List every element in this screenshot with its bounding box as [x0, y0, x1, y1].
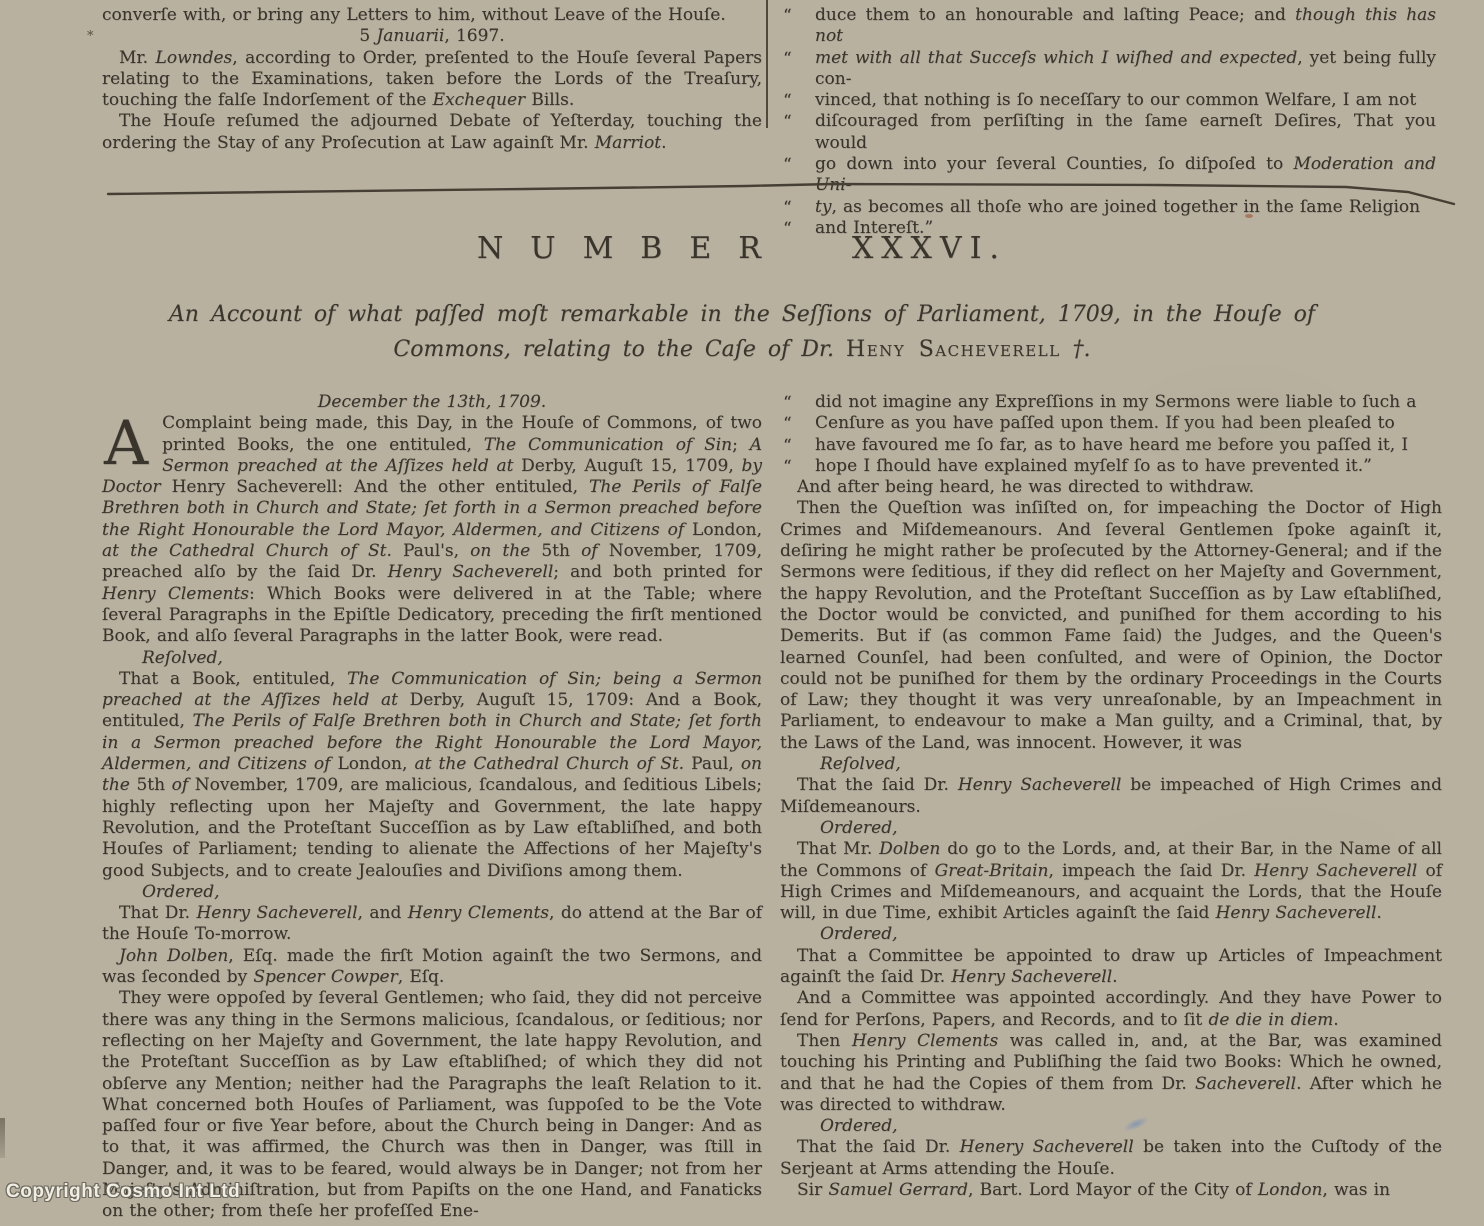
paragraph: That Mr. Dolben do go to the Lords, and,…: [780, 839, 1442, 924]
text-segment: Great-Britain: [935, 861, 1049, 881]
text-segment: Ordered,: [142, 882, 219, 902]
text-segment: .: [1333, 1010, 1338, 1030]
text-segment: Exchequer: [433, 90, 526, 110]
main-right-column: “did not imagine any Expreſſions in my S…: [780, 392, 1442, 1226]
procedural-label: Ordered,: [780, 1116, 1442, 1137]
text-segment: on the: [470, 541, 530, 561]
text-segment: Bills.: [525, 90, 574, 110]
printers-margin-mark: *: [87, 29, 94, 44]
text-segment: And after being heard, he was directed t…: [797, 477, 1254, 497]
quote-mark: “: [783, 112, 790, 133]
quote-mark: “: [783, 436, 790, 457]
procedural-label: Ordered,: [780, 818, 1442, 839]
text-segment: Dolben: [879, 839, 940, 859]
text-segment: Januarii: [376, 26, 444, 46]
text-segment: Then: [797, 1031, 852, 1051]
paragraph: Mr. Lowndes, according to Order, preſent…: [102, 48, 762, 112]
text-segment: That Dr.: [119, 903, 196, 923]
text-segment: .: [1112, 967, 1117, 987]
text-segment: 5th: [530, 541, 581, 561]
paragraph: Sir Samuel Gerrard, Bart. Lord Mayor of …: [780, 1180, 1442, 1201]
text-segment: diſcouraged from perſiſting in the ſame …: [815, 111, 1436, 152]
text-segment: at the Cathedral Church of St.: [102, 541, 392, 561]
procedural-label: Reſolved,: [102, 648, 762, 669]
paragraph: That the ſaid Dr. Henry Sacheverell be i…: [780, 775, 1442, 818]
paragraph: Then Henry Clements was called in, and, …: [780, 1031, 1442, 1116]
text-segment: 5: [359, 26, 376, 46]
quoted-line: “Cenſure as you have paſſed upon them. I…: [780, 413, 1442, 434]
column-divider-rule: [766, 0, 768, 128]
text-segment: duce them to an honourable and laſting P…: [815, 5, 1295, 25]
text-segment: , Bart. Lord Mayor of the City of: [968, 1180, 1258, 1200]
text-segment: Then the Queſtion was inſiſted on, for i…: [780, 498, 1442, 752]
page-edge-mark: [0, 1118, 5, 1158]
text-segment: Henry Clements: [408, 903, 549, 923]
quoted-line: “did not imagine any Expreſſions in my S…: [780, 392, 1442, 413]
quoted-line: “have favoured me ſo far, as to have hea…: [780, 435, 1442, 456]
text-segment: November, 1709, are malicious, ſcandalou…: [102, 775, 762, 880]
paragraph: converſe with, or bring any Letters to h…: [102, 5, 762, 26]
quote-mark: “: [783, 393, 790, 414]
text-segment: London: [1258, 1180, 1323, 1200]
text-segment: Paul's,: [392, 541, 470, 561]
text-segment: That the ſaid Dr.: [797, 1137, 960, 1157]
paragraph: That a Committee be appointed to draw up…: [780, 946, 1442, 989]
text-segment: have favoured me ſo far, as to have hear…: [815, 435, 1408, 455]
paragraph: AComplaint being made, this Day, in the …: [102, 413, 762, 647]
quoted-line: “diſcouraged from perſiſting in the ſame…: [780, 111, 1436, 154]
right-body-paragraphs: And after being heard, he was directed t…: [780, 477, 1442, 1201]
text-segment: at the Cathedral Church of St.: [414, 754, 684, 774]
text-segment: Commons, relating to the Caſe of Dr.: [393, 337, 846, 362]
text-segment: Henry Sacheverell: [1216, 903, 1377, 923]
quoted-line: “hope I ſhould have explained myſelf ſo …: [780, 456, 1442, 477]
text-segment: , impeach the ſaid Dr.: [1049, 861, 1255, 881]
copyright-watermark: Copyright Cosmo Int Ltd: [6, 1181, 240, 1203]
text-segment: Reſolved,: [142, 648, 223, 668]
text-segment: Henry Sacheverell: [1254, 861, 1417, 881]
text-segment: ; and both printed for: [553, 562, 762, 582]
text-segment: Henry Sacheverell: [196, 903, 357, 923]
text-segment: , Eſq.: [398, 967, 445, 987]
text-segment: Marriot: [595, 133, 661, 153]
text-segment: .: [1376, 903, 1381, 923]
text-segment: December the 13th, 1709.: [318, 392, 546, 412]
text-segment: vinced, that nothing is ſo neceſſary to …: [815, 90, 1416, 110]
section-divider-rule: [106, 172, 1462, 216]
paragraph: That a Book, entituled, The Communicatio…: [102, 669, 762, 882]
text-segment: did not imagine any Expreſſions in my Se…: [815, 392, 1416, 412]
text-segment: Reſolved,: [820, 754, 901, 774]
text-segment: That the ſaid Dr.: [797, 775, 958, 795]
quoted-line: “met with all that Succeſs which I wiſhe…: [780, 48, 1436, 91]
text-segment: Samuel Gerrard: [828, 1180, 968, 1200]
text-segment: hope I ſhould have explained myſelf ſo a…: [815, 456, 1372, 476]
paragraph: John Dolben, Eſq. made the firſt Motion …: [102, 946, 762, 989]
text-segment: met with all that Succeſs which I wiſhed…: [815, 48, 1297, 68]
text-segment: Lowndes: [156, 48, 233, 68]
text-segment: converſe with, or bring any Letters to h…: [102, 5, 726, 25]
quote-mark: “: [783, 49, 790, 70]
text-segment: Henry Sacheverell: [388, 562, 554, 582]
drop-cap-letter: A: [102, 413, 162, 471]
foxing-spot: [1245, 214, 1253, 218]
text-segment: Henery Sacheverell: [960, 1137, 1134, 1157]
text-segment: London,: [330, 754, 414, 774]
text-segment: Henry Clements: [102, 584, 249, 604]
quote-mark: “: [783, 91, 790, 112]
paragraph: Commons, relating to the Caſe of Dr. Hen…: [70, 332, 1414, 367]
text-segment: Henry Sacheverell: [951, 967, 1112, 987]
text-segment: Heny Sacheverell: [846, 337, 1061, 362]
quote-mark: “: [783, 414, 790, 435]
quote-mark: “: [783, 6, 790, 27]
text-segment: Cenſure as you have paſſed upon them. If…: [815, 413, 1395, 433]
text-segment: of: [172, 775, 189, 795]
quoted-line: “vinced, that nothing is ſo neceſſary to…: [780, 90, 1436, 111]
paragraph: That the ſaid Dr. Henery Sacheverell be …: [780, 1137, 1442, 1180]
text-segment: Henry Sacheverell: And the other entitul…: [161, 477, 589, 497]
text-segment: Ordered,: [820, 818, 897, 838]
text-segment: That a Book, entituled,: [119, 669, 347, 689]
paragraph: 5 Januarii, 1697.: [102, 26, 762, 47]
paragraph: And a Committee was appointed accordingl…: [780, 988, 1442, 1031]
paragraph: The Houſe reſumed the adjourned Debate o…: [102, 111, 762, 154]
scanned-document-page: * converſe with, or bring any Letters to…: [0, 0, 1484, 1226]
text-segment: Derby, Auguſt 15, 1709,: [513, 456, 741, 476]
procedural-label: Ordered,: [780, 924, 1442, 945]
quoted-line: “duce them to an honourable and laſting …: [780, 5, 1436, 48]
text-segment: 5th: [130, 775, 172, 795]
top-left-column: converſe with, or bring any Letters to h…: [102, 5, 762, 154]
main-left-column: December the 13th, 1709.AComplaint being…: [102, 392, 762, 1226]
paragraph: That Dr. Henry Sacheverell, and Henry Cl…: [102, 903, 762, 946]
text-segment: Ordered,: [820, 1116, 897, 1136]
text-segment: Sir: [797, 1180, 828, 1200]
text-segment: , was in: [1322, 1180, 1390, 1200]
text-segment: †.: [1061, 337, 1091, 362]
text-segment: Paul,: [684, 754, 741, 774]
number-numeral: XXXVI.: [852, 231, 1007, 266]
text-segment: Spencer Cowper: [253, 967, 397, 987]
paragraph: Then the Queſtion was inſiſted on, for i…: [780, 498, 1442, 754]
paragraph: And after being heard, he was directed t…: [780, 477, 1442, 498]
text-segment: of: [581, 541, 598, 561]
text-segment: That Mr.: [797, 839, 879, 859]
text-segment: Mr.: [119, 48, 156, 68]
text-segment: Sacheverell: [1195, 1074, 1296, 1094]
paragraph: An Account of what paſſed moſt remarkabl…: [70, 297, 1414, 332]
quote-mark: “: [783, 457, 790, 478]
procedural-label: Reſolved,: [780, 754, 1442, 775]
text-segment: , and: [358, 903, 408, 923]
text-segment: Henry Sacheverell: [958, 775, 1122, 795]
text-segment: ;: [732, 435, 750, 455]
text-segment: de die in diem: [1208, 1010, 1333, 1030]
procedural-label: Ordered,: [102, 882, 762, 903]
article-title: An Account of what paſſed moſt remarkabl…: [70, 297, 1414, 367]
quoted-speech-block: “did not imagine any Expreſſions in my S…: [780, 392, 1442, 477]
text-segment: An Account of what paſſed moſt remarkabl…: [169, 302, 1315, 327]
text-segment: Henry Clements: [852, 1031, 998, 1051]
chapter-number-heading: NUMBERXXXVI.: [0, 231, 1484, 266]
text-segment: John Dolben: [119, 946, 228, 966]
text-segment: Ordered,: [820, 924, 897, 944]
number-word: NUMBER: [477, 231, 788, 266]
text-segment: .: [661, 133, 666, 153]
paragraph: December the 13th, 1709.: [102, 392, 762, 413]
text-segment: And a Committee was appointed accordingl…: [780, 988, 1442, 1029]
text-segment: London,: [684, 520, 762, 540]
text-segment: , 1697.: [444, 26, 504, 46]
text-segment: The Communication of Sin: [484, 435, 732, 455]
